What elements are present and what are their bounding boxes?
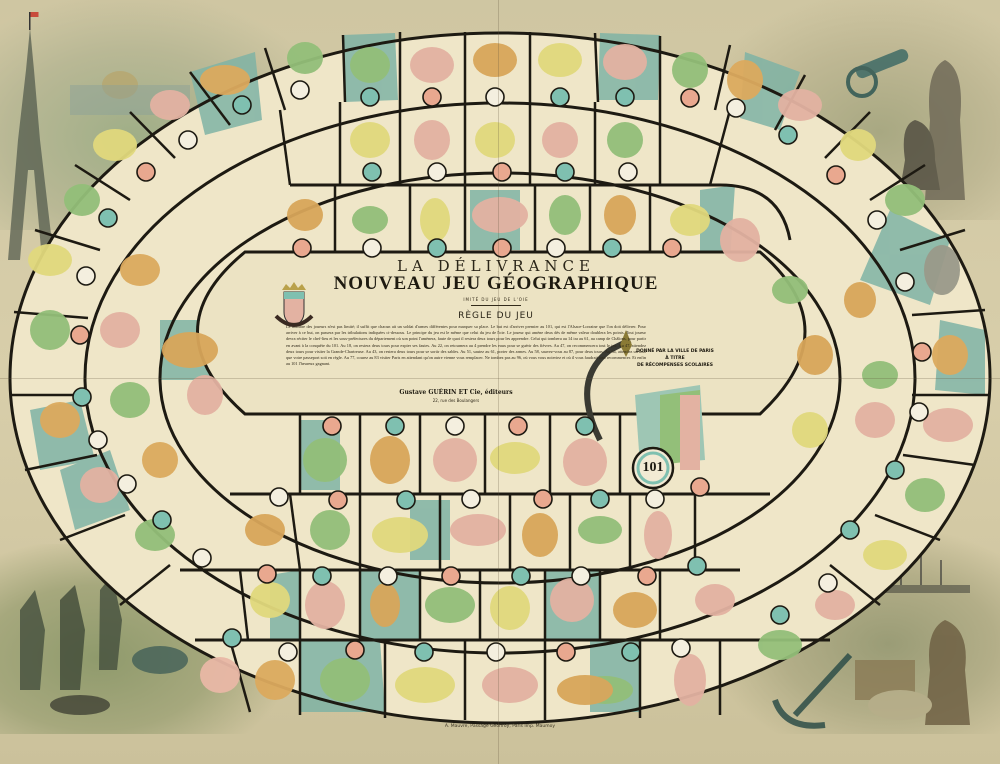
paris-coat-of-arms-icon — [274, 282, 314, 334]
anchor-icon — [775, 655, 850, 726]
award-line-2: À TITRE — [610, 355, 740, 362]
publisher-address: 22, rue des Boulangers — [356, 398, 556, 403]
award-line-3: DE RÉCOMPENSES SCOLAIRES — [610, 362, 740, 369]
printer-imprint: A. Mauvre, Passage Geoffroy, Paris Imp. … — [0, 724, 1000, 729]
eiffel-tower-icon — [8, 12, 54, 260]
game-subtitle-main: NOUVEAU JEU GÉOGRAPHIQUE — [236, 273, 756, 295]
divider — [471, 305, 521, 306]
merchant-icon — [855, 620, 970, 725]
game-tagline: IMITÉ DU JEU DE L'OIE — [236, 297, 756, 302]
award-line-1: DONNÉ PAR LA VILLE DE PARIS — [610, 348, 740, 355]
cannon-icon — [848, 47, 910, 96]
mourning-women-icon — [900, 60, 965, 200]
rules-heading: RÈGLE DU JEU — [236, 311, 756, 321]
game-board: LA DÉLIVRANCE NOUVEAU JEU GÉOGRAPHIQUE I… — [0, 0, 1000, 764]
rules-panel: LA DÉLIVRANCE NOUVEAU JEU GÉOGRAPHIQUE I… — [236, 252, 756, 412]
rules-text: Le nombre des joueurs n'est pas limité; … — [286, 324, 646, 367]
publisher: Gustave GUÉRIN ET Cie, éditeurs — [356, 389, 556, 396]
award-note: DONNÉ PAR LA VILLE DE PARIS À TITRE DE R… — [610, 348, 740, 369]
goal-number: 101 — [633, 460, 673, 476]
